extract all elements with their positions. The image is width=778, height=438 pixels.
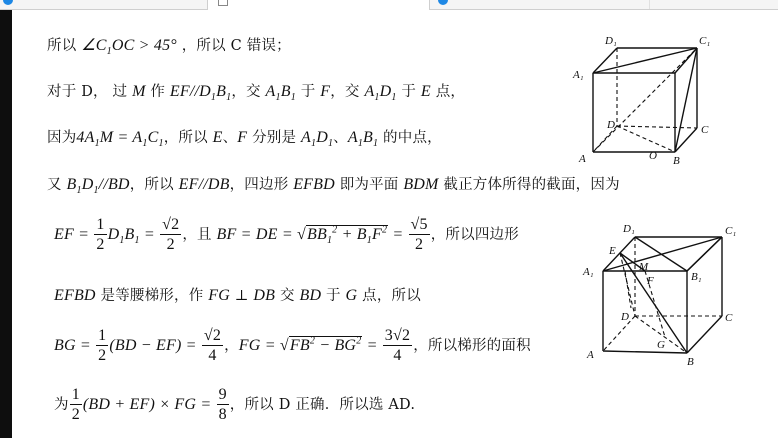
denominator: 2	[160, 235, 181, 253]
denominator: 8	[217, 405, 229, 423]
label-M: M	[638, 261, 649, 273]
text: ，交	[231, 84, 265, 100]
cube-figure-2: D₁ C₁ E M A₁ F B₁ D C A G B	[575, 218, 750, 368]
math: B	[281, 83, 291, 100]
denominator: 2	[70, 405, 82, 423]
math: FG	[208, 287, 230, 304]
text: 的中点，	[378, 130, 442, 146]
text: ，且	[182, 227, 216, 243]
label-A: A	[586, 349, 594, 361]
label-C: C	[701, 124, 709, 136]
label-E: E	[608, 245, 616, 257]
text: 截正方体所得的截面，因为	[439, 177, 620, 193]
sqrt-expression: √FB2 − BG2	[280, 336, 362, 354]
text-line-8: 为12(BD + EF) × FG = 98，所以 D 正确．所以选 AD.	[54, 387, 415, 423]
math: BD	[299, 287, 321, 304]
label-C1: C₁	[725, 225, 736, 237]
math: EFBD	[293, 176, 335, 193]
math: =	[362, 337, 381, 354]
math: =	[261, 337, 280, 354]
math: FB	[290, 337, 310, 354]
math: M = A	[100, 129, 143, 146]
math: D	[108, 226, 120, 243]
cube-diagram-1: D₁ C₁ A₁ D C A O B	[567, 28, 727, 168]
math: (BD + EF) × FG	[83, 396, 196, 413]
math: E	[213, 129, 223, 146]
numerator: √5	[409, 217, 430, 235]
fraction: 98	[217, 387, 229, 423]
math: EFBD	[54, 287, 96, 304]
text: 于	[296, 84, 320, 100]
fraction: 3√24	[383, 328, 412, 364]
superscript: 2	[356, 336, 361, 347]
denominator: 4	[383, 346, 412, 364]
math: E	[421, 83, 431, 100]
fraction: √24	[202, 328, 223, 364]
text: 、	[333, 130, 348, 146]
math: D	[82, 176, 94, 193]
math: =	[74, 226, 93, 243]
browser-tab-4[interactable]	[650, 0, 778, 9]
cube-diagram-2: D₁ C₁ E M A₁ F B₁ D C A G B	[575, 218, 750, 368]
text: ，所以 C 错误；	[182, 38, 291, 54]
text: ，所以梯形的面积	[413, 338, 531, 354]
text: ，所以四边形	[431, 227, 519, 243]
text: ，所以	[130, 177, 179, 193]
text: 即为平面	[335, 177, 403, 193]
math: B	[216, 83, 226, 100]
label-B1: B₁	[691, 271, 702, 283]
fraction: 12	[94, 217, 106, 253]
numerator: 1	[96, 328, 108, 346]
document-icon	[218, 0, 228, 6]
math: =	[388, 226, 407, 243]
left-dark-sidebar	[0, 10, 12, 438]
label-C: C	[725, 312, 733, 324]
math: D	[380, 83, 392, 100]
numerator: 1	[70, 387, 82, 405]
math: B	[363, 129, 373, 146]
math: EF//DB	[179, 176, 230, 193]
fraction: 12	[70, 387, 82, 423]
math: EF	[54, 226, 74, 243]
text: 所以	[47, 38, 76, 54]
label-D1: D₁	[622, 223, 635, 235]
math: =	[76, 337, 95, 354]
text-line-1: 所以 ∠C1OC > 45° ，所以 C 错误；	[47, 34, 291, 57]
math: BG	[54, 337, 76, 354]
math: F	[237, 129, 247, 146]
label-G: G	[657, 339, 665, 351]
label-B: B	[673, 155, 680, 167]
subscript: 1	[327, 235, 332, 246]
browser-tab-2-active[interactable]	[208, 0, 429, 10]
text-line-4: 又 B1D1//BD，所以 EF//DB，四边形 EFBD 即为平面 BDM 截…	[47, 173, 620, 196]
sqrt-expression: √BB12 + B1F2	[297, 225, 388, 243]
text: 是等腰梯形，作	[96, 288, 209, 304]
label-D1: D₁	[604, 35, 617, 47]
math: C	[148, 129, 159, 146]
numerator: 3√2	[383, 328, 412, 346]
text: 为	[54, 397, 69, 413]
fraction: √52	[409, 217, 430, 253]
fraction: 12	[96, 328, 108, 364]
math: BB	[307, 226, 327, 243]
math: A	[301, 129, 311, 146]
math: DB	[253, 287, 275, 304]
text: 对于 D， 过	[47, 84, 132, 100]
text: 交	[275, 288, 299, 304]
label-A1: A₁	[572, 69, 584, 81]
label-F: F	[646, 275, 654, 287]
math: OC > 45°	[112, 37, 177, 54]
math: ∠C	[81, 37, 106, 54]
math: A	[266, 83, 276, 100]
math: + B	[337, 226, 366, 243]
text: 、	[223, 130, 238, 146]
browser-tab-3[interactable]	[429, 0, 650, 9]
label-O: O	[649, 150, 657, 162]
text: ，所以	[164, 130, 213, 146]
fraction: √22	[160, 217, 181, 253]
math: A	[348, 129, 358, 146]
math: F	[372, 226, 382, 243]
cube-figure-1: D₁ C₁ A₁ D C A O B	[567, 28, 727, 168]
math: 4A	[76, 129, 94, 146]
math: =	[236, 226, 255, 243]
label-A1: A₁	[582, 266, 594, 278]
math: B	[125, 226, 135, 243]
math: BF	[217, 226, 237, 243]
math: (BD − EF)	[109, 337, 181, 354]
math: =	[140, 226, 159, 243]
text-line-6: EFBD 是等腰梯形，作 FG ⊥ DB 交 BD 于 G 点，所以	[54, 284, 421, 305]
text: 于	[321, 288, 345, 304]
math: A	[364, 83, 374, 100]
math: − BG	[315, 337, 356, 354]
text: ，所以 D 正确．所以选 AD.	[230, 397, 415, 413]
label-D: D	[620, 311, 629, 323]
faint-dotted-line	[127, 432, 487, 434]
math: =	[181, 337, 200, 354]
text: 作	[146, 84, 170, 100]
label-D: D	[606, 119, 615, 131]
math: M	[132, 83, 146, 100]
blue-circle-icon	[438, 0, 448, 5]
text: ，	[224, 338, 239, 354]
text: ，四边形	[230, 177, 294, 193]
denominator: 2	[96, 346, 108, 364]
denominator: 4	[202, 346, 223, 364]
numerator: 1	[94, 217, 106, 235]
math: DE	[256, 226, 278, 243]
numerator: 9	[217, 387, 229, 405]
math: BDM	[403, 176, 438, 193]
math: =	[278, 226, 297, 243]
math: G	[346, 287, 358, 304]
label-C1: C₁	[699, 35, 710, 47]
numerator: √2	[160, 217, 181, 235]
blue-circle-icon	[3, 0, 13, 5]
superscript: 2	[382, 225, 387, 236]
browser-tab-1[interactable]	[0, 0, 208, 9]
math: =	[196, 396, 215, 413]
text: ，交	[330, 84, 364, 100]
denominator: 2	[409, 235, 430, 253]
text: 又	[47, 177, 67, 193]
text-line-5: EF = 12D1B1 = √22，且 BF = DE = √BB12 + B1…	[54, 217, 519, 253]
math: FG	[239, 337, 261, 354]
math: EF//D	[170, 83, 211, 100]
text: 因为	[47, 130, 76, 146]
browser-tab-strip	[0, 0, 778, 10]
text: 点，所以	[357, 288, 421, 304]
math: F	[320, 83, 330, 100]
math: //BD	[99, 176, 130, 193]
text-line-7: BG = 12(BD − EF) = √24，FG = √FB2 − BG2 =…	[54, 328, 531, 364]
text: 于	[397, 84, 421, 100]
document-page: 所以 ∠C1OC > 45° ，所以 C 错误； 对于 D， 过 M 作 EF/…	[12, 10, 778, 438]
math: D	[316, 129, 328, 146]
math: B	[67, 176, 77, 193]
label-A: A	[578, 153, 586, 165]
text-line-2: 对于 D， 过 M 作 EF//D1B1，交 A1B1 于 F，交 A1D1 于…	[47, 80, 465, 103]
text: ⊥	[230, 288, 253, 304]
text: 分别是	[247, 130, 301, 146]
text-line-3: 因为4A1M = A1C1，所以 E、F 分别是 A1D1、A1B1 的中点，	[47, 126, 442, 149]
denominator: 2	[94, 235, 106, 253]
label-B: B	[687, 356, 694, 368]
text: 点，	[431, 84, 465, 100]
numerator: √2	[202, 328, 223, 346]
